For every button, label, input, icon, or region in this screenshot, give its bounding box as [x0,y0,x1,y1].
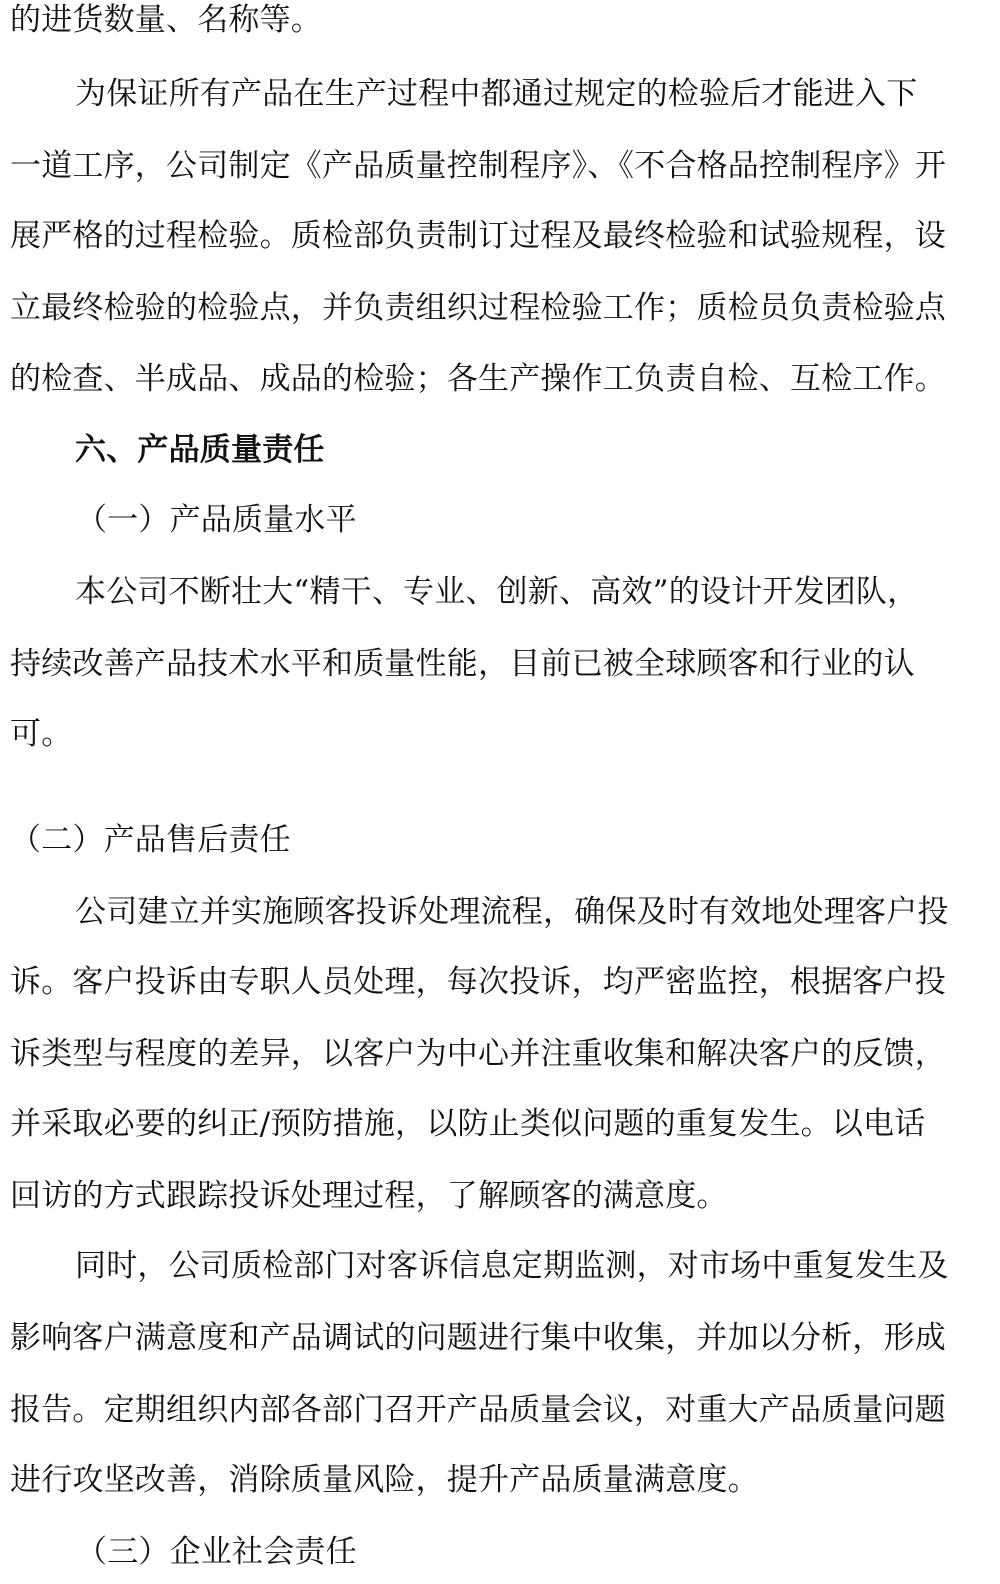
paragraph-line: 进行攻坚改善，消除质量风险，提升产品质量满意度。 [10,1462,759,1498]
paragraph-line: 的进货数量、名称等。 [10,2,322,38]
paragraph-line: 回访的方式跟踪投诉处理过程，了解顾客的满意度。 [10,1178,728,1214]
paragraph-line: 的检查、半成品、成品的检验；各生产操作工负责自检、互检工作。 [10,361,946,397]
paragraph-line: 同时，公司质检部门对客诉信息定期监测，对市场中重复发生及 [75,1248,949,1284]
paragraph-line: 立最终检验的检验点，并负责组织过程检验工作；质检员负责检验点 [10,290,946,326]
paragraph-line: 为保证所有产品在生产过程中都通过规定的检验后才能进入下 [75,76,917,112]
paragraph-line: 报告。定期组织内部各部门召开产品质量会议，对重大产品质量问题 [10,1392,946,1428]
paragraph-line: 并采取必要的纠正/预防措施，以防止类似问题的重复发生。以电话 [10,1106,925,1142]
subsection-heading: （三）企业社会责任 [76,1534,357,1570]
subsection-heading: （二）产品售后责任 [10,822,291,858]
paragraph-line: 诉。客户投诉由专职人员处理，每次投诉，均严密监控，根据客户投 [10,964,946,1000]
paragraph-line: 展严格的过程检验。质检部负责制订过程及最终检验和试验规程，设 [10,218,946,254]
section-heading: 六、产品质量责任 [75,432,325,468]
paragraph-line: 公司建立并实施顾客投诉处理流程，确保及时有效地处理客户投 [75,894,949,930]
paragraph-line: 影响客户满意度和产品调试的问题进行集中收集，并加以分析，形成 [10,1320,946,1356]
subsection-heading: （一）产品质量水平 [76,502,357,538]
paragraph-line: 一道工序，公司制定《产品质量控制程序》、《不合格品控制程序》开 [10,148,946,184]
paragraph-line: 诉类型与程度的差异，以客户为中心并注重收集和解决客户的反馈， [10,1036,946,1072]
paragraph-line: 持续改善产品技术水平和质量性能，目前已被全球顾客和行业的认 [10,646,915,682]
paragraph-line: 可。 [10,716,72,752]
paragraph-line: 本公司不断壮大“精干、专业、创新、高效”的设计开发团队， [75,574,918,610]
